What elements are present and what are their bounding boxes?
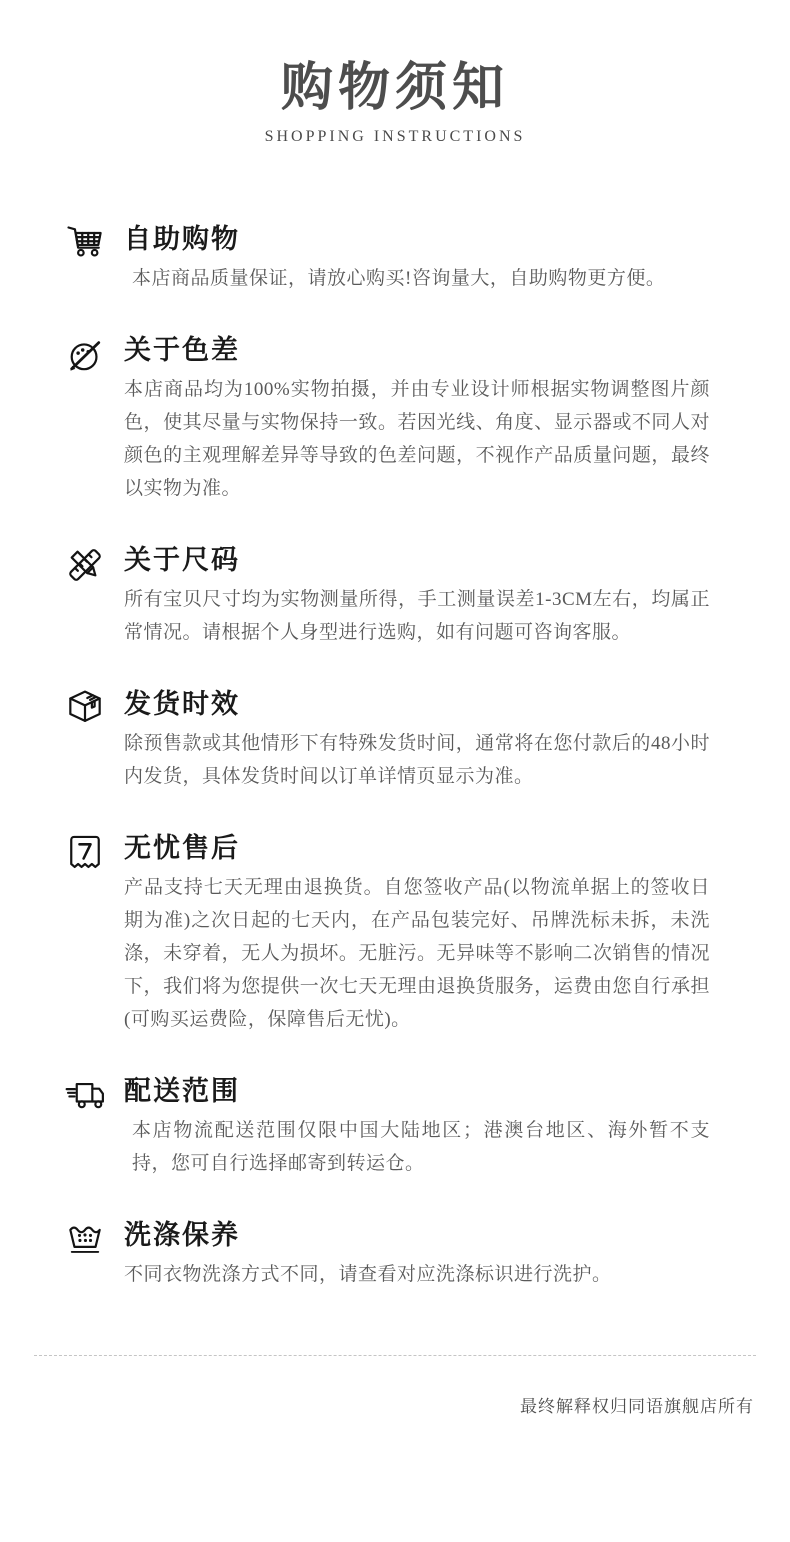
footer: 最终解释权归同语旗舰店所有 bbox=[0, 1355, 790, 1417]
section-delivery-scope: 配送范围 本店物流配送范围仅限中国大陆地区；港澳台地区、海外暂不支持，您可自行选… bbox=[0, 1074, 790, 1180]
section-title: 关于色差 bbox=[124, 333, 710, 367]
ruler-pencil-icon bbox=[62, 543, 108, 589]
header: 购物须知 SHOPPING INSTRUCTIONS bbox=[0, 56, 790, 148]
section-self-service: 自助购物 本店商品质量保证，请放心购买!咨询量大，自助购物更方便。 bbox=[0, 222, 790, 295]
section-sizing: 关于尺码 所有宝贝尺寸均为实物测量所得，手工测量误差1-3CM左右，均属正常情况… bbox=[0, 543, 790, 649]
shopping-instructions-page: 购物须知 SHOPPING INSTRUCTIONS 自助购物 本店商品质量保证… bbox=[0, 0, 790, 1542]
section-body: 除预售款或其他情形下有特殊发货时间，通常将在您付款后的48小时内发货，具体发货时… bbox=[124, 727, 710, 793]
page-subtitle: SHOPPING INSTRUCTIONS bbox=[0, 126, 790, 148]
section-after-sales: 无忧售后 产品支持七天无理由退换货。自您签收产品(以物流单据上的签收日期为准)之… bbox=[0, 831, 790, 1036]
section-title: 关于尺码 bbox=[124, 543, 710, 577]
section-body: 本店商品质量保证，请放心购买!咨询量大，自助购物更方便。 bbox=[124, 262, 710, 295]
section-title: 配送范围 bbox=[124, 1074, 710, 1108]
section-title: 洗涤保养 bbox=[124, 1218, 710, 1252]
section-title: 无忧售后 bbox=[124, 831, 710, 865]
cart-icon bbox=[62, 222, 108, 268]
truck-icon bbox=[62, 1074, 108, 1120]
section-washing-care: 洗涤保养 不同衣物洗涤方式不同，请查看对应洗涤标识进行洗护。 bbox=[0, 1218, 790, 1291]
section-body: 所有宝贝尺寸均为实物测量所得，手工测量误差1-3CM左右，均属正常情况。请根据个… bbox=[124, 583, 710, 649]
section-color-difference: 关于色差 本店商品均为100%实物拍摄，并由专业设计师根据实物调整图片颜色，使其… bbox=[0, 333, 790, 505]
section-title: 自助购物 bbox=[124, 222, 710, 256]
dashed-divider bbox=[34, 1355, 756, 1356]
section-body: 产品支持七天无理由退换货。自您签收产品(以物流单据上的签收日期为准)之次日起的七… bbox=[124, 871, 710, 1036]
receipt-7-icon bbox=[62, 831, 108, 877]
wash-icon bbox=[62, 1218, 108, 1264]
package-icon bbox=[62, 687, 108, 733]
page-title: 购物须知 bbox=[0, 56, 790, 122]
palette-icon bbox=[62, 333, 108, 379]
section-body: 本店物流配送范围仅限中国大陆地区；港澳台地区、海外暂不支持，您可自行选择邮寄到转… bbox=[124, 1114, 710, 1180]
section-shipping-time: 发货时效 除预售款或其他情形下有特殊发货时间，通常将在您付款后的48小时内发货，… bbox=[0, 687, 790, 793]
section-body: 不同衣物洗涤方式不同，请查看对应洗涤标识进行洗护。 bbox=[124, 1258, 710, 1291]
section-title: 发货时效 bbox=[124, 687, 710, 721]
section-body: 本店商品均为100%实物拍摄，并由专业设计师根据实物调整图片颜色，使其尽量与实物… bbox=[124, 373, 710, 505]
footer-note: 最终解释权归同语旗舰店所有 bbox=[0, 1392, 790, 1417]
